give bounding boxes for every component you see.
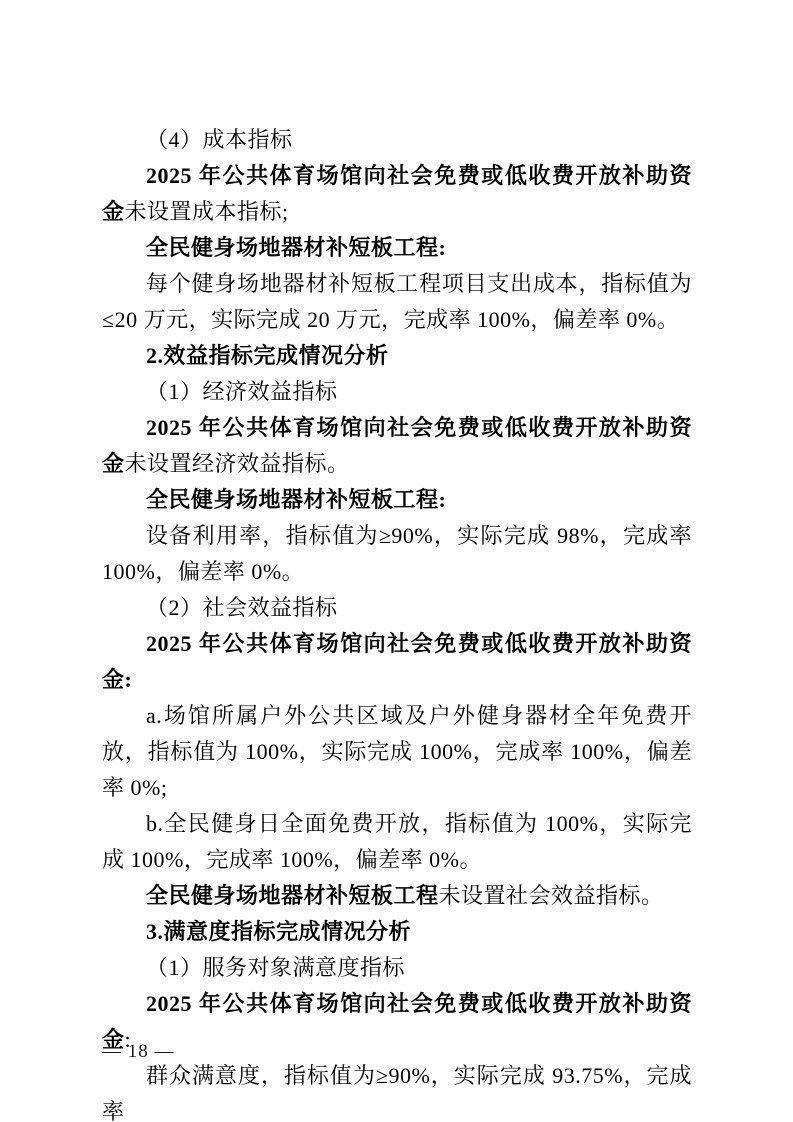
text-segment-bold: 2.效益指标完成情况分析 — [146, 343, 389, 368]
paragraph: （1）服务对象满意度指标 — [102, 950, 692, 986]
text-segment: 每个健身场地器材补短板工程项目支出成本，指标值为≤20 万元，实际完成 20 万… — [102, 271, 692, 332]
text-segment: 设备利用率，指标值为≥90%，实际完成 98%，完成率 100%，偏差率 0%。 — [102, 523, 692, 584]
paragraph: 全民健身场地器材补短板工程: — [102, 482, 692, 518]
text-segment-bold: 全民健身场地器材补短板工程: — [146, 235, 446, 260]
paragraph: b.全民健身日全面免费开放，指标值为 100%，实际完成 100%，完成率 10… — [102, 806, 692, 878]
paragraph: 2025 年公共体育场馆向社会免费或低收费开放补助资金: — [102, 626, 692, 698]
paragraph: （1）经济效益指标 — [102, 374, 692, 410]
text-segment-bold: 全民健身场地器材补短板工程: — [146, 487, 446, 512]
paragraph: （2）社会效益指标 — [102, 590, 692, 626]
paragraph: 全民健身场地器材补短板工程: — [102, 230, 692, 266]
text-segment-bold: 2025 年公共体育场馆向社会免费或低收费开放补助资金 — [102, 991, 692, 1052]
document-page: （4）成本指标2025 年公共体育场馆向社会免费或低收费开放补助资金未设置成本指… — [0, 0, 793, 1122]
text-segment: a.场馆所属户外公共区域及户外健身器材全年免费开放，指标值为 100%，实际完成… — [102, 703, 692, 800]
paragraph: 群众满意度，指标值为≥90%，实际完成 93.75%，完成率 — [102, 1058, 692, 1122]
paragraph: 3.满意度指标完成情况分析 — [102, 914, 692, 950]
text-segment: 群众满意度，指标值为≥90%，实际完成 93.75%，完成率 — [102, 1063, 692, 1122]
text-segment: （1）经济效益指标 — [146, 379, 338, 404]
text-segment: （1）服务对象满意度指标 — [146, 955, 405, 980]
paragraph: 2025 年公共体育场馆向社会免费或低收费开放补助资金未设置成本指标; — [102, 158, 692, 230]
text-segment: b.全民健身日全面免费开放，指标值为 100%，实际完成 100%，完成率 10… — [102, 811, 692, 872]
paragraph: 2025 年公共体育场馆向社会免费或低收费开放补助资金未设置经济效益指标。 — [102, 410, 692, 482]
text-segment-bold: 全民健身场地器材补短板工程 — [146, 883, 439, 908]
page-number: — 18 — — [102, 1041, 175, 1062]
text-segment-bold: 3.满意度指标完成情况分析 — [146, 919, 411, 944]
paragraph: 2.效益指标完成情况分析 — [102, 338, 692, 374]
text-segment: （2）社会效益指标 — [146, 595, 338, 620]
paragraph: 全民健身场地器材补短板工程未设置社会效益指标。 — [102, 878, 692, 914]
text-segment: （4）成本指标 — [146, 127, 293, 152]
text-segment-bold: 2025 年公共体育场馆向社会免费或低收费开放补助资金: — [102, 631, 692, 692]
text-segment: 未设置经济效益指标。 — [125, 451, 350, 476]
paragraph: 每个健身场地器材补短板工程项目支出成本，指标值为≤20 万元，实际完成 20 万… — [102, 266, 692, 338]
paragraph: 设备利用率，指标值为≥90%，实际完成 98%，完成率 100%，偏差率 0%。 — [102, 518, 692, 590]
text-segment: 未设置成本指标; — [125, 199, 289, 224]
paragraph: a.场馆所属户外公共区域及户外健身器材全年免费开放，指标值为 100%，实际完成… — [102, 698, 692, 806]
page-footer: — 18 — — [102, 1040, 175, 1064]
paragraph: 2025 年公共体育场馆向社会免费或低收费开放补助资金: — [102, 986, 692, 1058]
document-body: （4）成本指标2025 年公共体育场馆向社会免费或低收费开放补助资金未设置成本指… — [102, 122, 692, 1122]
paragraph: （4）成本指标 — [102, 122, 692, 158]
text-segment: 未设置社会效益指标。 — [439, 883, 664, 908]
